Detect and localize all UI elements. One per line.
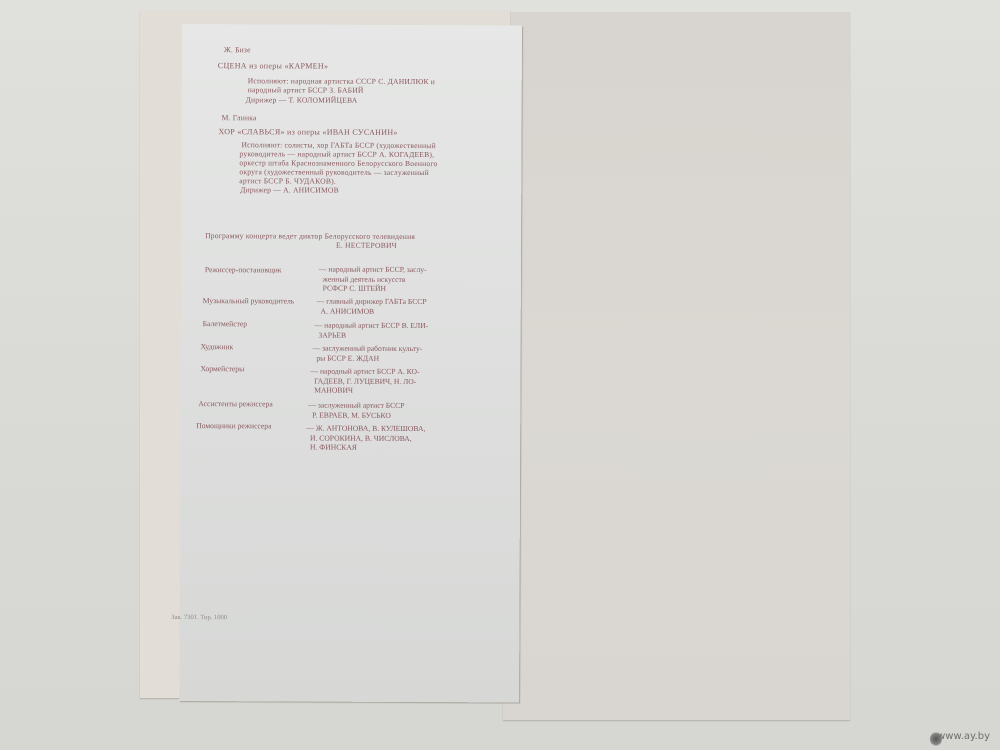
item1-composer: Ж. Бизе: [224, 45, 251, 55]
credit-role: Хормейстеры: [200, 364, 244, 373]
credit-role: Музыкальный руководитель: [203, 296, 294, 305]
host-name: Е. НЕСТЕРОВИЧ: [336, 241, 397, 251]
credit-value: — народный артист БССР В. ЕЛИ- ЗАРЬЕВ: [315, 321, 429, 340]
credit-role: Балетмейстер: [203, 319, 247, 328]
credit-value: — заслуженный артист БССР Р. ЕВРАЕВ, М. …: [308, 401, 404, 420]
credit-role: Режиссер-постановщик: [205, 265, 282, 274]
credit-role: Помощники режиссера: [196, 421, 271, 430]
print-info: Зак. 7301. Тир. 1000: [171, 614, 227, 621]
item1-performers-line2: народный артист БССР З. БАБИЙ: [248, 85, 364, 95]
credit-value: — народный артист БССР, заслу- женный де…: [319, 265, 427, 294]
credit-value: — заслуженный работник культу- ры БССР Е…: [313, 344, 423, 363]
program-page: Ж. Бизе СЦЕНА из оперы «КАРМЕН» Исполняю…: [179, 24, 522, 702]
credit-role: Ассистенты режиссера: [198, 399, 272, 408]
item2-conductor: Дирижер — А. АНИСИМОВ: [240, 185, 339, 195]
credit-value: — главный дирижер ГАБТа БССР А. АНИСИМОВ: [317, 297, 427, 316]
item1-conductor: Дирижер — Т. КОЛОМИЙЦЕВА: [246, 95, 358, 105]
credit-role: Художник: [201, 342, 234, 351]
item1-title: СЦЕНА из оперы «КАРМЕН»: [218, 61, 328, 71]
right-blank-sheet: [503, 12, 850, 720]
item2-composer: М. Глинка: [222, 113, 257, 123]
credit-value: — Ж. АНТОНОВА, В. КУЛЕШОВА, И. СОРОКИНА,…: [306, 424, 425, 453]
watermark: www.ay.by: [937, 731, 990, 742]
credit-value: — народный артист БССР А. КО- ГАДЕЕВ, Г.…: [310, 367, 419, 396]
item2-title: ХОР «СЛАВЬСЯ» из оперы «ИВАН СУСАНИН»: [219, 127, 398, 137]
